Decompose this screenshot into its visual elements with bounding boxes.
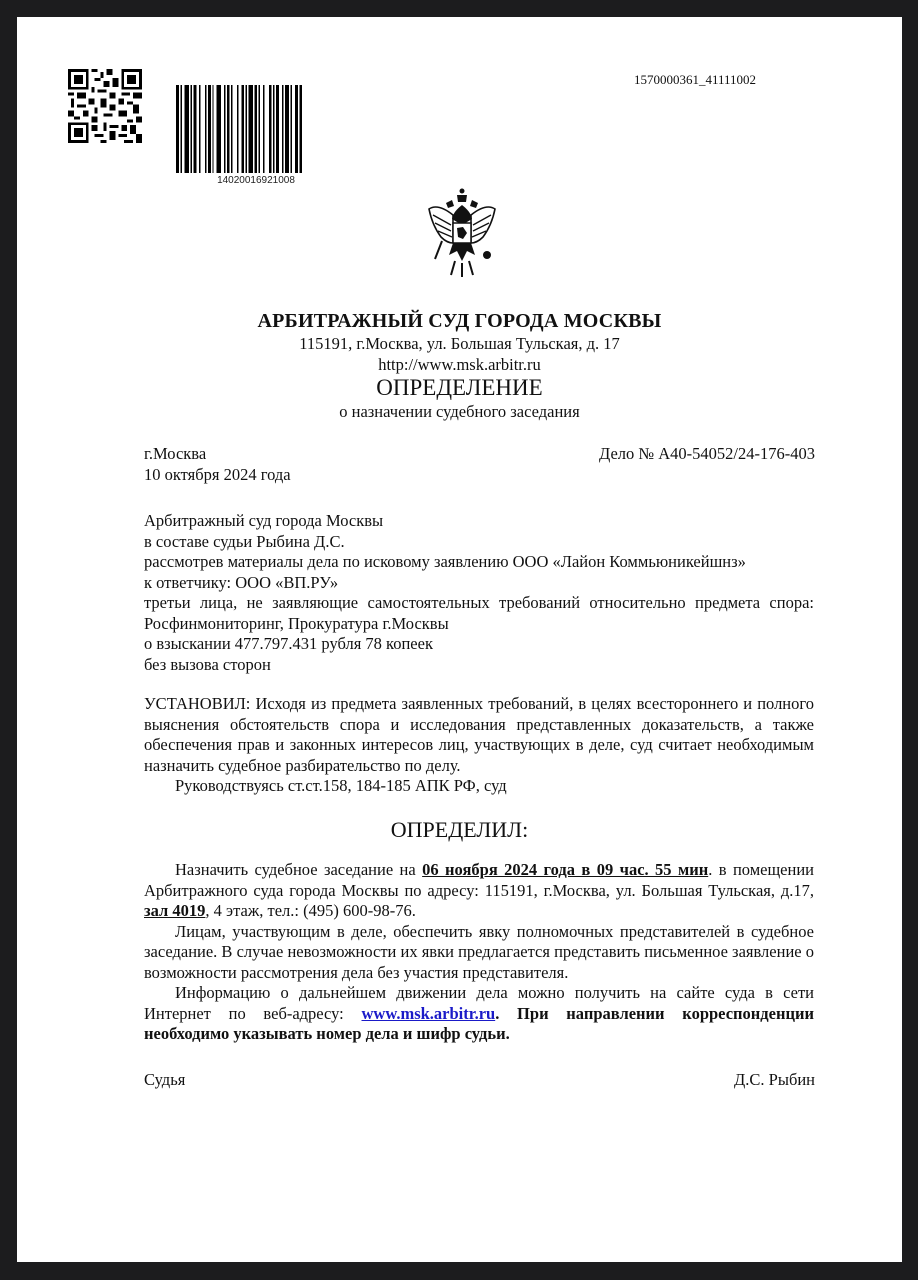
- attendance-paragraph: Лицам, участвующим в деле, обеспечить яв…: [144, 922, 814, 984]
- document-date: 10 октября 2024 года: [144, 465, 291, 486]
- intro-line: к ответчику: ООО «ВП.РУ»: [144, 573, 814, 594]
- established-section: УСТАНОВИЛ: Исходя из предмета заявленных…: [144, 694, 814, 797]
- third-parties: третьи лица, не заявляющие самостоятельн…: [144, 593, 814, 634]
- signature-label: Судья: [144, 1070, 185, 1091]
- info-paragraph: Информацию о дальнейшем движении дела мо…: [144, 983, 814, 1045]
- barcode-icon: [176, 85, 336, 173]
- court-website[interactable]: http://www.msk.arbitr.ru: [17, 355, 902, 375]
- document-id: 1570000361_41111002: [634, 72, 756, 88]
- court-name: АРБИТРАЖНЫЙ СУД ГОРОДА МОСКВЫ: [17, 310, 902, 333]
- guided-by-text: Руководствуясь ст.ст.158, 184-185 АПК РФ…: [144, 776, 814, 797]
- intro-line: в составе судьи Рыбина Д.С.: [144, 532, 814, 553]
- hearing-hall: зал 4019: [144, 901, 205, 920]
- russian-coat-of-arms-icon: [427, 185, 497, 283]
- document-page: 14020016921008 1570000361_41111002 АРБИТ…: [17, 17, 902, 1262]
- intro-section: Арбитражный суд города Москвы в составе …: [144, 511, 814, 675]
- qr-code-icon: [68, 69, 142, 143]
- hearing-paragraph: Назначить судебное заседание на 06 ноябр…: [144, 860, 814, 922]
- case-number: Дело № А40-54052/24-176-403: [599, 444, 815, 465]
- decision-section: Назначить судебное заседание на 06 ноябр…: [144, 860, 814, 1045]
- hearing-suffix: , 4 этаж, тел.: (495) 600-98-76.: [205, 901, 415, 920]
- document-subtitle: о назначении судебного заседания: [17, 402, 902, 422]
- document-title: ОПРЕДЕЛЕНИЕ: [17, 375, 902, 401]
- established-text: УСТАНОВИЛ: Исходя из предмета заявленных…: [144, 694, 814, 776]
- barcode-number: 14020016921008: [176, 175, 336, 186]
- no-parties-note: без вызова сторон: [144, 655, 814, 676]
- hearing-datetime: 06 ноября 2024 года в 09 час. 55 мин: [422, 860, 708, 879]
- intro-line: рассмотрев материалы дела по исковому за…: [144, 552, 814, 573]
- judge-name: Д.С. Рыбин: [734, 1070, 815, 1091]
- intro-line: Арбитражный суд города Москвы: [144, 511, 814, 532]
- decided-heading: ОПРЕДЕЛИЛ:: [17, 817, 902, 843]
- claim-amount: о взыскании 477.797.431 рубля 78 копеек: [144, 634, 814, 655]
- city: г.Москва: [144, 444, 206, 465]
- hearing-prefix: Назначить судебное заседание на: [175, 860, 422, 879]
- court-address: 115191, г.Москва, ул. Большая Тульская, …: [17, 334, 902, 354]
- court-website-link[interactable]: www.msk.arbitr.ru: [362, 1004, 496, 1023]
